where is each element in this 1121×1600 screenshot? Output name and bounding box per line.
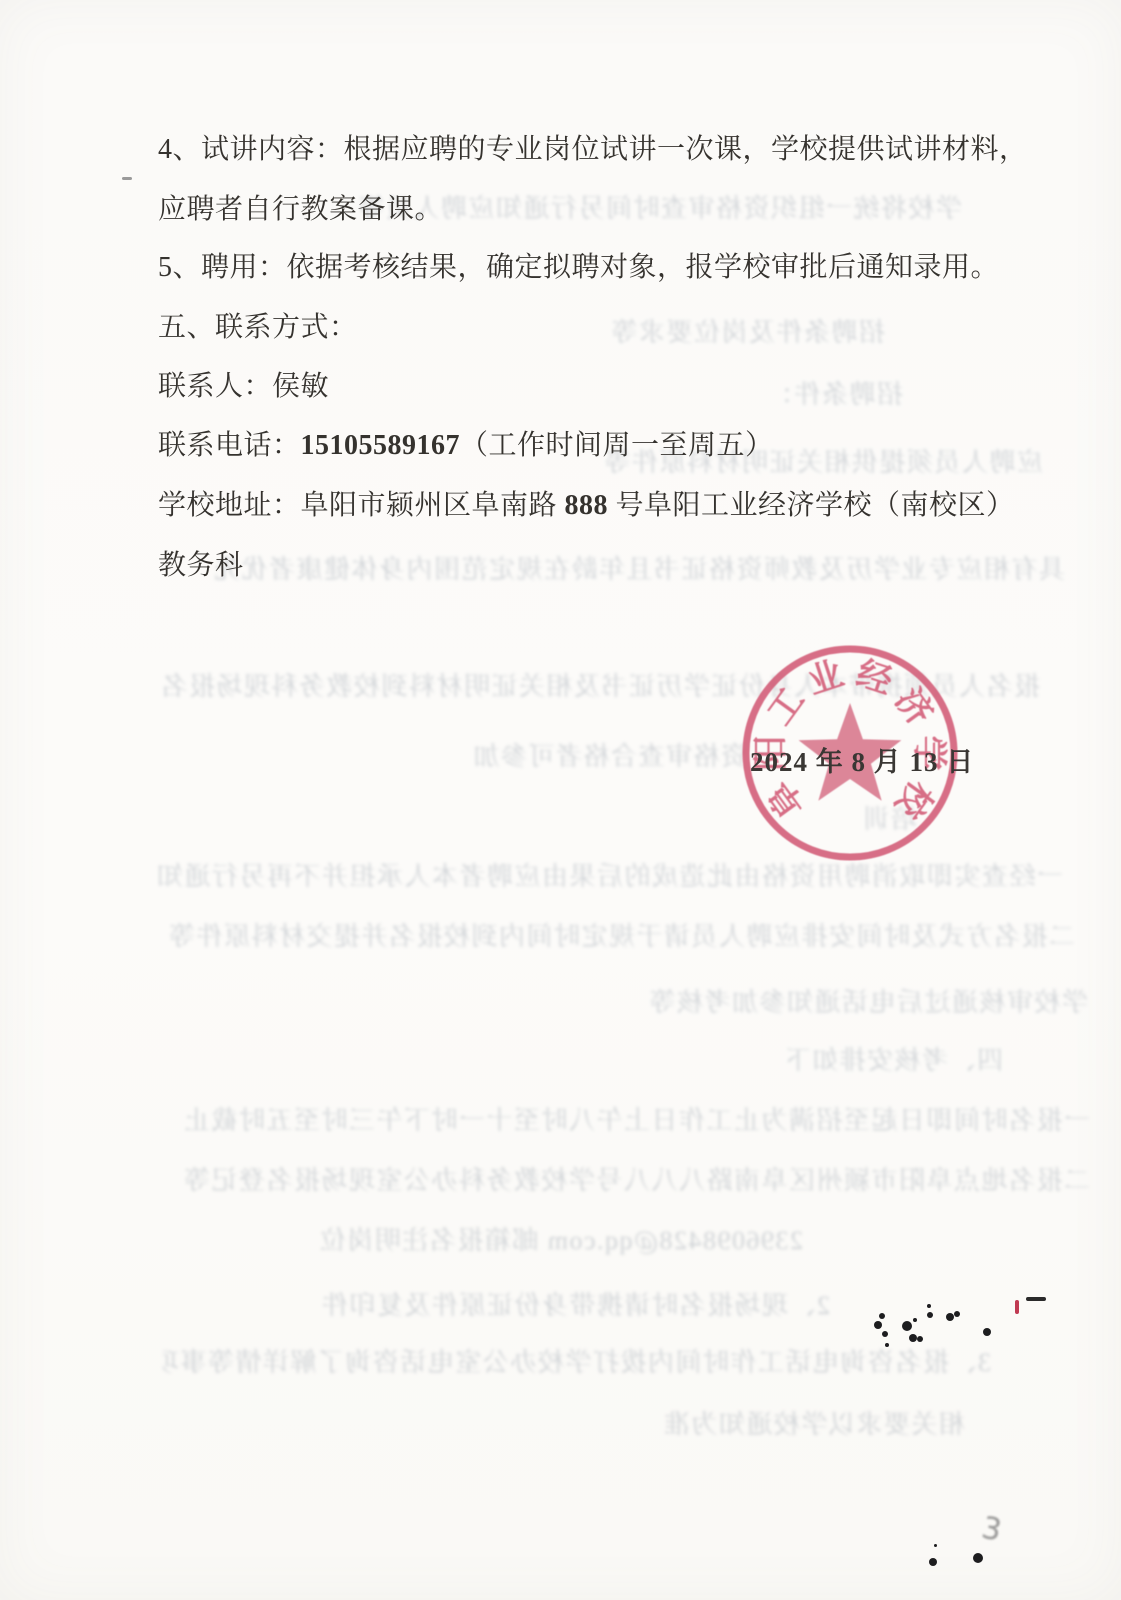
ink-speck xyxy=(946,1313,954,1321)
stray-mark xyxy=(1026,1297,1046,1301)
ink-speck xyxy=(879,1313,885,1319)
ink-speck xyxy=(983,1328,991,1336)
ink-speck xyxy=(954,1311,960,1317)
ink-speck xyxy=(909,1334,917,1342)
numeral-smudge: 3 xyxy=(979,1510,1005,1548)
ink-speck xyxy=(927,1312,933,1318)
stray-mark xyxy=(122,177,132,180)
ink-speck xyxy=(917,1336,923,1342)
stray-mark xyxy=(1015,1300,1019,1314)
ink-speck xyxy=(885,1343,889,1347)
ink-speck xyxy=(973,1553,983,1563)
ink-speck xyxy=(929,1558,937,1566)
ink-speck xyxy=(874,1321,882,1329)
ink-speck xyxy=(934,1544,937,1547)
document-page: 学校将统一组织资格审查时间另行通知应聘人员等招聘条件及岗位要求等招聘条件：应聘人… xyxy=(0,0,1121,1600)
ink-speck xyxy=(902,1321,912,1331)
ink-speck xyxy=(927,1304,931,1308)
ink-speck xyxy=(913,1318,917,1322)
ink-speck xyxy=(882,1331,888,1337)
ink-marks-layer: 3 xyxy=(0,0,1121,1600)
